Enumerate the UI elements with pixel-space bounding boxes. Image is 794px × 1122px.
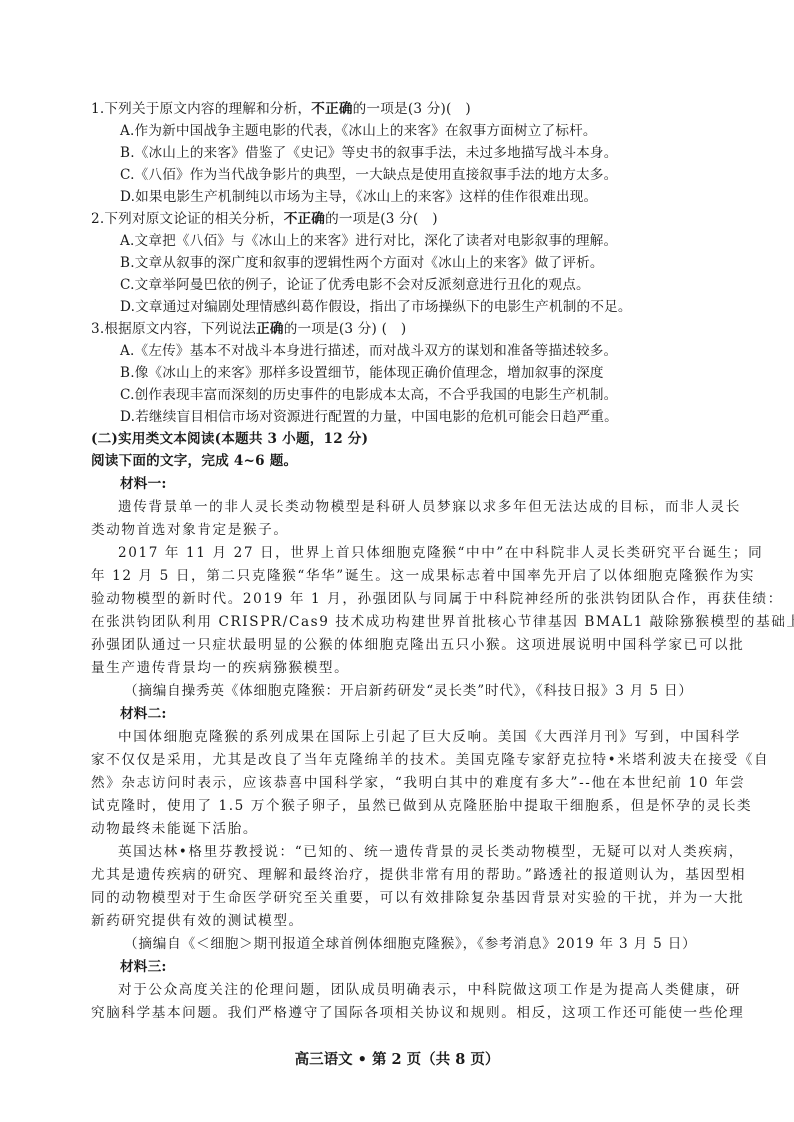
- material-2-paragraph-2-line: 英国达林•格里芬教授说：“已知的、统一遗传背景的灵长类动物模型，无疑可以对人类疾…: [118, 842, 744, 862]
- material-2-paragraph-1-line: 动物最终未能诞下活胎。: [91, 819, 258, 839]
- material-2-title: 材料二:: [120, 704, 167, 724]
- material-3-paragraph-1-line: 究脑科学基本问题。我们严格遵守了国际各项相关协议和规则。相反，这项工作还可能使一…: [91, 1003, 744, 1023]
- page-footer: 高三语文 • 第 2 页（共 8 页）: [0, 1050, 794, 1070]
- section-instruction: 阅读下面的文字，完成 4~6 题。: [91, 451, 297, 471]
- question-3-option-d: D.若继续盲目相信市场对资源进行配置的力量，中国电影的危机可能会日趋严重。: [120, 407, 618, 427]
- emphasis: 正确: [256, 321, 284, 337]
- question-1-stem: 1.下列关于原文内容的理解和分析，不正确的一项是(3 分)( ): [91, 99, 471, 119]
- question-number: 2.: [91, 211, 104, 227]
- question-1-option-d: D.如果电影生产机制纯以市场为主导，《冰山上的来客》这样的佳作很难出现。: [120, 187, 597, 207]
- material-2-paragraph-2-line: 新药研究提供有效的测试模型。: [91, 911, 304, 931]
- exam-page: 1.下列关于原文内容的理解和分析，不正确的一项是(3 分)( ) A.作为新中国…: [0, 0, 794, 1122]
- material-1-paragraph-1-line: 类动物首选对象肯定是猴子。: [91, 520, 289, 540]
- emphasis: 不正确: [311, 101, 352, 117]
- material-2-paragraph-1-line: 然》杂志访问时表示，应该恭喜中国科学家，“我明白其中的难度有多大”--他在本世纪…: [91, 773, 745, 793]
- question-2-option-c: C.文章举阿曼巴依的例子，论证了优秀电影不会对反派刻意进行丑化的观点。: [120, 275, 590, 295]
- material-1-paragraph-2-line: 在张洪钧团队利用 CRISPR/Cas9 技术成功构建世界首批核心节律基因 BM…: [91, 612, 794, 632]
- emphasis: 不正确: [284, 211, 325, 227]
- material-2-paragraph-2-line: 同的动物模型对于生命医学研究至关重要，可以有效排除复杂基因背景对实验的干扰，并为…: [91, 888, 744, 908]
- material-1-paragraph-2-line: 验动物模型的新时代。2019 年 1 月，孙强团队与同属于中科院神经所的张洪钧团…: [91, 589, 783, 609]
- question-3-option-a: A.《左传》基本不对战斗本身进行描述，而对战斗双方的谋划和准备等描述较多。: [120, 341, 617, 361]
- material-2-paragraph-2-line: 尤其是遗传疾病的研究、理解和最终治疗，提供非常有用的帮助。”路透社的报道则认为，…: [91, 865, 746, 885]
- question-number: 1.: [91, 101, 104, 117]
- material-1-paragraph-2-line: 孙强团队通过一只症状最明显的公猴的体细胞克隆出五只小猴。这项进展说明中国科学家已…: [91, 635, 744, 655]
- question-2-option-b: B.文章从叙事的深广度和叙事的逻辑性两个方面对《冰山上的来客》做了评析。: [120, 253, 604, 273]
- material-2-source: （摘编自《＜细胞＞期刊报道全球首例体细胞克隆猴》，《参考消息》2019 年 3 …: [124, 934, 696, 954]
- material-1-paragraph-1-line: 遗传背景单一的非人灵长类动物模型是科研人员梦寐以求多年但无法达成的目标，而非人灵…: [118, 497, 741, 517]
- material-3-title: 材料三:: [120, 957, 167, 977]
- section-heading: (二)实用类文本阅读(本题共 3 小题，12 分): [91, 429, 368, 449]
- question-3-option-b: B.像《冰山上的来客》那样多设置细节，能体现正确价值理念，增加叙事的深度: [120, 363, 604, 383]
- question-1-option-a: A.作为新中国战争主题电影的代表，《冰山上的来客》在叙事方面树立了标杆。: [120, 121, 597, 141]
- material-2-paragraph-1-line: 家不仅仅是采用，尤其是改良了当年克隆绵羊的技术。美国克隆专家舒克拉特•米塔利波夫…: [91, 750, 769, 770]
- material-1-title: 材料一:: [120, 474, 167, 494]
- question-1-option-b: B.《冰山上的来客》借鉴了《史记》等史书的叙事手法，未过多地描写战斗本身。: [120, 143, 618, 163]
- material-1-source: （摘编自操秀英《体细胞克隆猴：开启新药研发“灵长类”时代》，《科技日报》3 月 …: [124, 681, 693, 701]
- material-2-paragraph-1-line: 试克隆时，使用了 1.5 万个猴子卵子，虽然已做到从克隆胚胎中提取干细胞系，但是…: [91, 796, 752, 816]
- material-3-paragraph-1-line: 对于公众高度关注的伦理问题，团队成员明确表示，中科院做这项工作是为提高人类健康，…: [118, 980, 741, 1000]
- question-2-stem: 2.下列对原文论证的相关分析，不正确的一项是(3 分( ): [91, 209, 438, 229]
- question-1-option-c: C.《八佰》作为当代战争影片的典型，一大缺点是使用直接叙事手法的地方太多。: [120, 165, 617, 185]
- question-3-stem: 3.根据原文内容，下列说法正确的一项是(3 分) ( ): [91, 319, 406, 339]
- question-number: 3.: [91, 321, 104, 337]
- material-2-paragraph-1-line: 中国体细胞克隆猴的系列成果在国际上引起了巨大反响。美国《大西洋月刊》写到，中国科…: [118, 727, 741, 747]
- material-1-paragraph-2-line: 量生产遗传背景均一的疾病猕猴模型。: [91, 658, 349, 678]
- material-1-paragraph-2-line: 年 12 月 5 日，第二只克隆猴“华华”诞生。这一成果标志着中国率先开启了以体…: [91, 566, 755, 586]
- material-1-paragraph-2-line: 2017 年 11 月 27 日，世界上首只体细胞克隆猴“中中”在中科院非人灵长…: [118, 543, 763, 563]
- question-2-option-d: D.文章通过对编剧处理情感纠葛作假设，指出了市场操纵下的电影生产机制的不足。: [120, 297, 632, 317]
- question-2-option-a: A.文章把《八佰》与《冰山上的来客》进行对比，深化了读者对电影叙事的理解。: [120, 231, 617, 251]
- question-3-option-c: C.创作表现丰富而深刻的历史事件的电影成本太高，不合乎我国的电影生产机制。: [120, 385, 617, 405]
